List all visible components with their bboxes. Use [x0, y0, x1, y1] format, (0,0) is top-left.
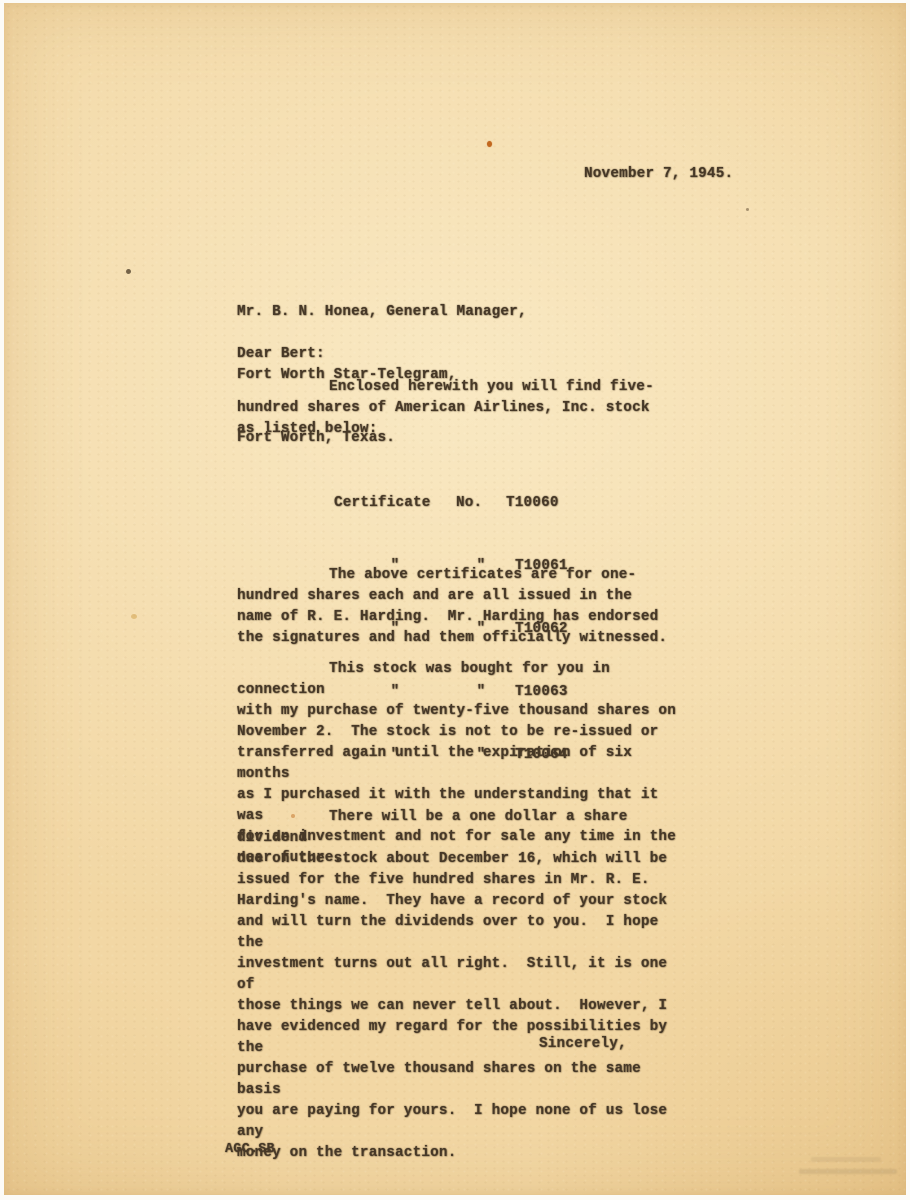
watermark-line [811, 1157, 881, 1162]
recipient-name-line: Mr. B. N. Honea, General Manager, [237, 302, 527, 323]
scanned-letter-page: November 7, 1945. Mr. B. N. Honea, Gener… [0, 0, 910, 1200]
certificate-row: Certificate No. T10060 [334, 493, 568, 514]
certificate-label: Certificate [334, 493, 456, 514]
certificate-no-label: No. [456, 493, 506, 514]
paper-sheet: November 7, 1945. Mr. B. N. Honea, Gener… [4, 3, 906, 1195]
paragraph-2: The above certificates are for one- hund… [237, 565, 689, 649]
closing: Sincerely, [539, 1034, 627, 1055]
faint-watermark-smudge [799, 1155, 899, 1181]
paragraph-1: Enclosed herewith you will find five- hu… [237, 377, 689, 440]
paper-speck [131, 614, 137, 619]
certificate-number: T10060 [506, 493, 559, 514]
reference-initials: AGC.SB [225, 1139, 275, 1160]
watermark-line [799, 1169, 897, 1174]
salutation: Dear Bert: [237, 344, 325, 365]
paper-speck [746, 208, 749, 211]
paper-speck [126, 269, 131, 274]
paper-speck [487, 141, 492, 147]
letter-date: November 7, 1945. [584, 164, 733, 185]
paragraph-4: There will be a one dollar a share divid… [237, 807, 689, 1164]
